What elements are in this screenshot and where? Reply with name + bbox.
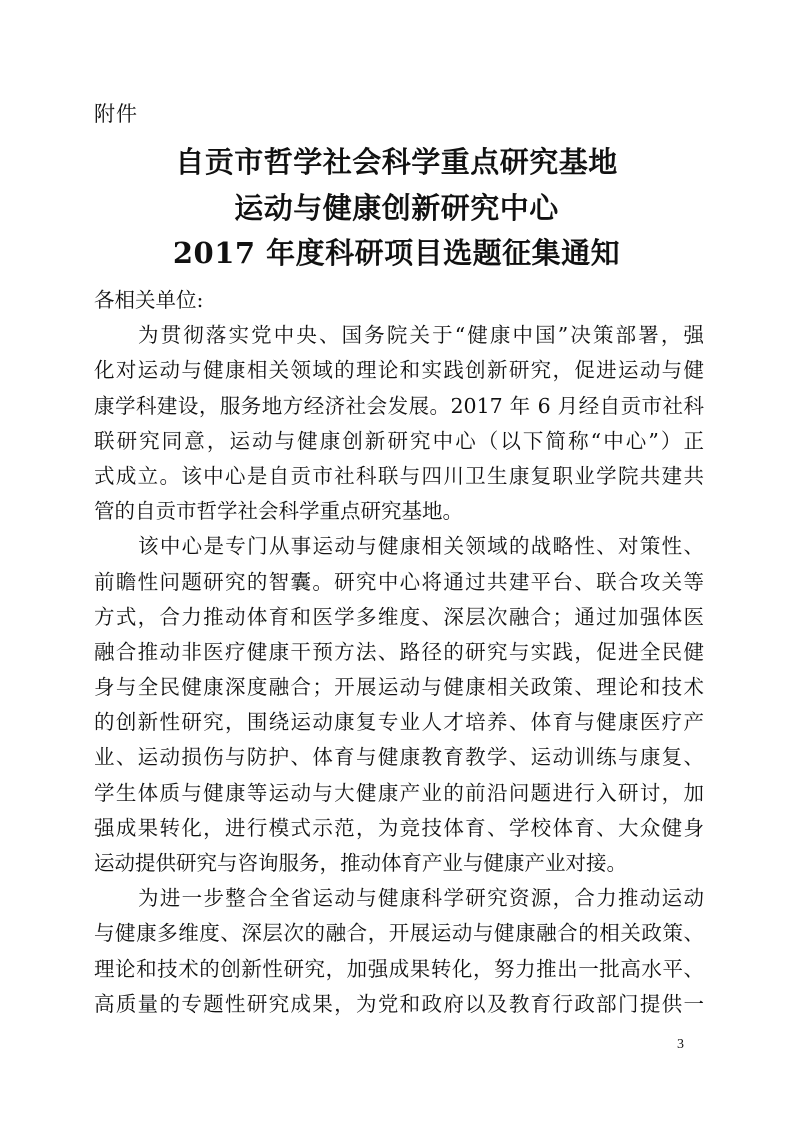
- page-number: 3: [677, 1037, 684, 1053]
- paragraph-line: 高质量的专题性研究成果，为党和政府以及教育行政部门提供一: [94, 987, 704, 1022]
- title-line-1: 自贡市哲学社会科学重点研究基地: [0, 140, 793, 181]
- paragraph-1: 为贯彻落实党中央、国务院关于“健康中国”决策部署，强 化对运动与健康相关领域的理…: [94, 318, 704, 529]
- paragraph-line: 为贯彻落实党中央、国务院关于“健康中国”决策部署，强: [94, 318, 704, 353]
- paragraph-line: 联研究同意，运动与健康创新研究中心（以下简称“中心”）正: [94, 424, 704, 459]
- title-line-2: 运动与健康创新研究中心: [0, 186, 793, 227]
- salutation: 各相关单位:: [94, 283, 704, 318]
- paragraph-line: 运动提供研究与咨询服务，推动体育产业与健康产业对接。: [94, 846, 704, 881]
- paragraph-line: 为进一步整合全省运动与健康科学研究资源，合力推动运动: [94, 881, 704, 916]
- paragraph-2: 该中心是专门从事运动与健康相关领域的战略性、对策性、 前瞻性问题研究的智囊。研究…: [94, 529, 704, 881]
- paragraph-line: 融合推动非医疗健康干预方法、路径的研究与实践，促进全民健: [94, 635, 704, 670]
- paragraph-line: 学生体质与健康等运动与大健康产业的前沿问题进行入研讨，加: [94, 776, 704, 811]
- paragraph-line: 业、运动损伤与防护、体育与健康教育教学、运动训练与康复、: [94, 740, 704, 775]
- paragraph-line: 前瞻性问题研究的智囊。研究中心将通过共建平台、联合攻关等: [94, 565, 704, 600]
- paragraph-line: 与健康多维度、深层次的融合，开展运动与健康融合的相关政策、: [94, 916, 704, 951]
- paragraph-line: 康学科建设，服务地方经济社会发展。2017 年 6 月经自贡市社科: [94, 389, 704, 424]
- paragraph-line: 的创新性研究，围绕运动康复专业人才培养、体育与健康医疗产: [94, 705, 704, 740]
- paragraph-line: 管的自贡市哲学社会科学重点研究基地。: [94, 494, 704, 529]
- paragraph-line: 理论和技术的创新性研究，加强成果转化，努力推出一批高水平、: [94, 952, 704, 987]
- document-page: 附件 自贡市哲学社会科学重点研究基地 运动与健康创新研究中心 2017 年度科研…: [0, 0, 793, 1122]
- document-body: 各相关单位: 为贯彻落实党中央、国务院关于“健康中国”决策部署，强 化对运动与健…: [94, 283, 704, 1022]
- attachment-label: 附件: [94, 98, 138, 128]
- title-line-3: 2017 年度科研项目选题征集通知: [0, 231, 793, 272]
- paragraph-line: 式成立。该中心是自贡市社科联与四川卫生康复职业学院共建共: [94, 459, 704, 494]
- paragraph-line: 身与全民健康深度融合；开展运动与健康相关政策、理论和技术: [94, 670, 704, 705]
- paragraph-line: 化对运动与健康相关领域的理论和实践创新研究，促进运动与健: [94, 353, 704, 388]
- paragraph-line: 该中心是专门从事运动与健康相关领域的战略性、对策性、: [94, 529, 704, 564]
- paragraph-line: 强成果转化，进行模式示范，为竞技体育、学校体育、大众健身: [94, 811, 704, 846]
- paragraph-line: 方式，合力推动体育和医学多维度、深层次融合；通过加强体医: [94, 600, 704, 635]
- paragraph-3: 为进一步整合全省运动与健康科学研究资源，合力推动运动 与健康多维度、深层次的融合…: [94, 881, 704, 1022]
